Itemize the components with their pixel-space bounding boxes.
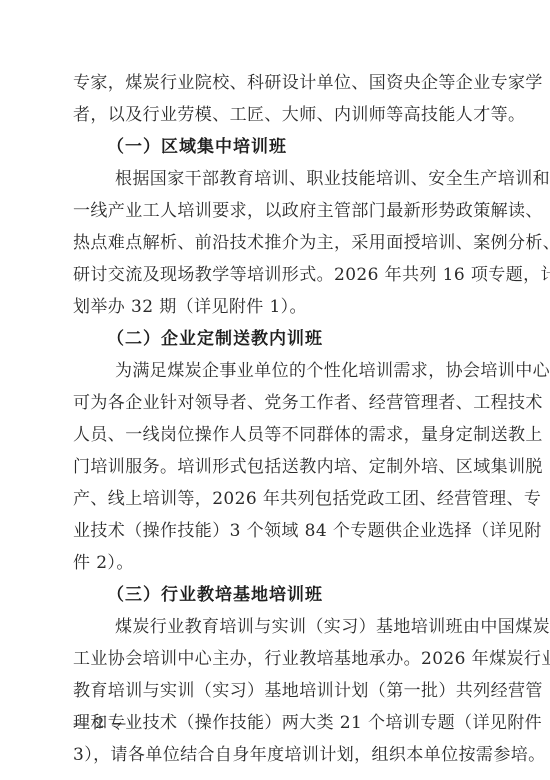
paragraph-line: 研讨交流及现场教学等培训形式。2026 年共列 16 项专题，计 bbox=[73, 263, 479, 295]
paragraph-line: 件 2）。 bbox=[73, 551, 479, 583]
paragraph-line: 教育培训与实训（实习）基地培训计划（第一批）共列经营管 bbox=[73, 679, 479, 711]
paragraph-line: 3），请各单位结合自身年度培训计划，组织本单位按需参培。 bbox=[73, 743, 479, 775]
paragraph-line: 一线产业工人培训要求，以政府主管部门最新形势政策解读、 bbox=[73, 199, 479, 231]
paragraph-line: 为满足煤炭企事业单位的个性化培训需求，协会培训中心 bbox=[73, 359, 479, 391]
page-number: — 2 — bbox=[73, 714, 127, 732]
document-page: 专家，煤炭行业院校、科研设计单位、国资央企等企业专家学者，以及行业劳模、工匠、大… bbox=[0, 0, 550, 780]
paragraph-line: 产、线上培训等，2026 年共列包括党政工团、经营管理、专 bbox=[73, 487, 479, 519]
paragraph-line: 煤炭行业教育培训与实训（实习）基地培训班由中国煤炭 bbox=[73, 615, 479, 647]
paragraph-line: 划举办 32 期（详见附件 1）。 bbox=[73, 295, 479, 327]
paragraph-line: 工业协会培训中心主办，行业教培基地承办。2026 年煤炭行业 bbox=[73, 647, 479, 679]
paragraph-line: 者，以及行业劳模、工匠、大师、内训师等高技能人才等。 bbox=[73, 103, 479, 135]
paragraph-line: 理和专业技术（操作技能）两大类 21 个培训专题（详见附件 bbox=[73, 711, 479, 743]
paragraph-line: 可为各企业针对领导者、党务工作者、经营管理者、工程技术 bbox=[73, 391, 479, 423]
paragraph-line: 热点难点解析、前沿技术推介为主，采用面授培训、案例分析、 bbox=[73, 231, 479, 263]
section-heading: （三）行业教培基地培训班 bbox=[73, 583, 479, 615]
document-body: 专家，煤炭行业院校、科研设计单位、国资央企等企业专家学者，以及行业劳模、工匠、大… bbox=[73, 71, 479, 775]
paragraph-line: 门培训服务。培训形式包括送教内培、定制外培、区域集训脱 bbox=[73, 455, 479, 487]
paragraph-line: 业技术（操作技能）3 个领域 84 个专题供企业选择（详见附 bbox=[73, 519, 479, 551]
paragraph-line: 根据国家干部教育培训、职业技能培训、安全生产培训和 bbox=[73, 167, 479, 199]
paragraph-line: 人员、一线岗位操作人员等不同群体的需求，量身定制送教上 bbox=[73, 423, 479, 455]
section-heading: （二）企业定制送教内训班 bbox=[73, 327, 479, 359]
section-heading: （一）区域集中培训班 bbox=[73, 135, 479, 167]
paragraph-line: 专家，煤炭行业院校、科研设计单位、国资央企等企业专家学 bbox=[73, 71, 479, 103]
